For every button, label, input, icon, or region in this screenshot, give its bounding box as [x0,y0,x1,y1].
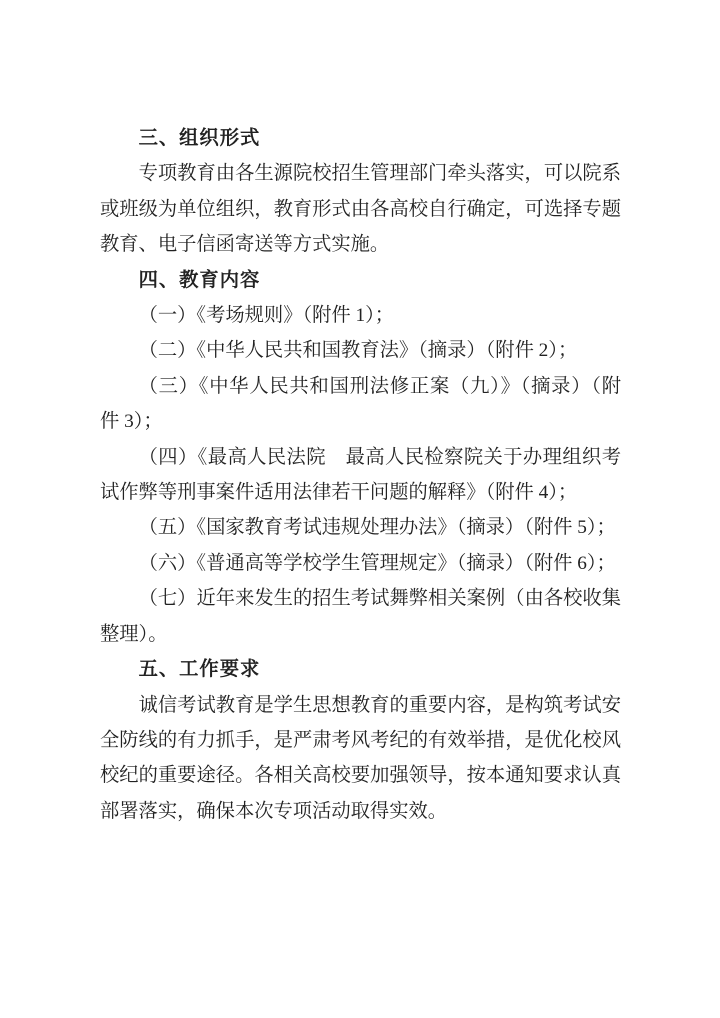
text-line: （四）《最高人民法院 最高人民检察院关于办理组织考 [100,440,621,475]
text-line: 整理）。 [100,617,621,652]
paragraph-organization: 专项教育由各生源院校招生管理部门牵头落实，可以院系或班级为单位组织，教育形式由各… [100,156,621,262]
section-heading-4: 四、教育内容 [100,263,621,298]
list-item-5: （五）《国家教育考试违规处理办法》（摘录）（附件 5）； [100,510,621,545]
text-line: 或班级为单位组织，教育形式由各高校自行确定，可选择专题 [100,192,621,227]
text-line: 四、教育内容 [100,263,621,298]
list-item-4: （四）《最高人民法院 最高人民检察院关于办理组织考试作弊等刑事案件适用法律若干问… [100,440,621,511]
document-page: 三、组织形式专项教育由各生源院校招生管理部门牵头落实，可以院系或班级为单位组织，… [0,0,720,1018]
text-line: （三）《中华人民共和国刑法修正案（九）》（摘录）（附 [100,369,621,404]
list-item-1: （一）《考场规则》（附件 1）； [100,298,621,333]
list-item-3: （三）《中华人民共和国刑法修正案（九）》（摘录）（附件 3）； [100,369,621,440]
document-content: 三、组织形式专项教育由各生源院校招生管理部门牵头落实，可以院系或班级为单位组织，… [100,121,621,829]
text-line: 教育、电子信函寄送等方式实施。 [100,227,621,262]
list-item-2: （二）《中华人民共和国教育法》（摘录）（附件 2）； [100,333,621,368]
text-line: 校纪的重要途径。各相关高校要加强领导，按本通知要求认真 [100,758,621,793]
paragraph-requirements: 诚信考试教育是学生思想教育的重要内容，是构筑考试安全防线的有力抓手，是严肃考风考… [100,688,621,830]
text-line: （七）近年来发生的招生考试舞弊相关案例（由各校收集 [100,581,621,616]
text-line: 全防线的有力抓手，是严肃考风考纪的有效举措，是优化校风 [100,723,621,758]
text-line: 部署落实，确保本次专项活动取得实效。 [100,794,621,829]
text-line: 件 3）； [100,404,621,439]
text-line: （一）《考场规则》（附件 1）； [100,298,621,333]
list-item-6: （六）《普通高等学校学生管理规定》（摘录）（附件 6）； [100,546,621,581]
text-line: 诚信考试教育是学生思想教育的重要内容，是构筑考试安 [100,688,621,723]
text-line: 五、工作要求 [100,652,621,687]
text-line: （二）《中华人民共和国教育法》（摘录）（附件 2）； [100,333,621,368]
text-line: 三、组织形式 [100,121,621,156]
text-line: （六）《普通高等学校学生管理规定》（摘录）（附件 6）； [100,546,621,581]
text-line: （五）《国家教育考试违规处理办法》（摘录）（附件 5）； [100,510,621,545]
text-line: 专项教育由各生源院校招生管理部门牵头落实，可以院系 [100,156,621,191]
section-heading-3: 三、组织形式 [100,121,621,156]
text-line: 试作弊等刑事案件适用法律若干问题的解释》（附件 4）； [100,475,621,510]
list-item-7: （七）近年来发生的招生考试舞弊相关案例（由各校收集整理）。 [100,581,621,652]
section-heading-5: 五、工作要求 [100,652,621,687]
